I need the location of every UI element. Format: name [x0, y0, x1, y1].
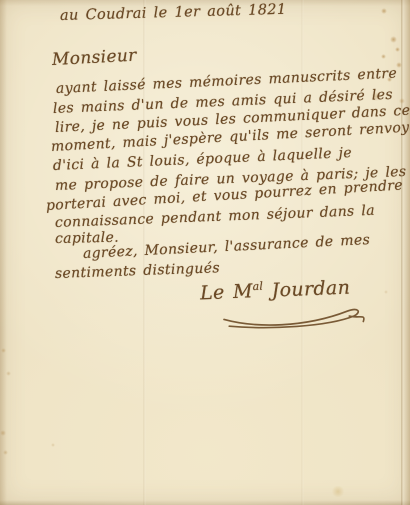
letter-document: au Coudrai le 1er août 1821 Monsieur aya…: [0, 0, 410, 505]
signature-paraph: [221, 298, 370, 333]
signature-name: Jourdan: [263, 277, 351, 302]
foxing-stain: [51, 443, 55, 447]
closing-line: agréez, Monsieur, l'assurance de mes: [83, 232, 371, 262]
foxing-stain: [0, 430, 6, 436]
signature-text: Le M: [200, 280, 254, 304]
foxing-stain: [390, 36, 397, 43]
foxing-stain: [395, 47, 400, 52]
foxing-stain: [384, 290, 388, 294]
dateline: au Coudrai le 1er août 1821: [60, 2, 287, 24]
foxing-stain: [381, 54, 386, 59]
foxing-stain: [3, 450, 8, 455]
foxing-stain: [1, 348, 6, 353]
salutation: Monsieur: [52, 48, 137, 68]
foxing-stain: [381, 8, 387, 14]
foxing-stain: [331, 486, 345, 497]
foxing-stain: [6, 371, 11, 376]
closing-line: sentiments distingués: [55, 260, 220, 282]
paper-edge: [401, 0, 410, 505]
signature: Le Mal Jourdan: [200, 275, 351, 301]
